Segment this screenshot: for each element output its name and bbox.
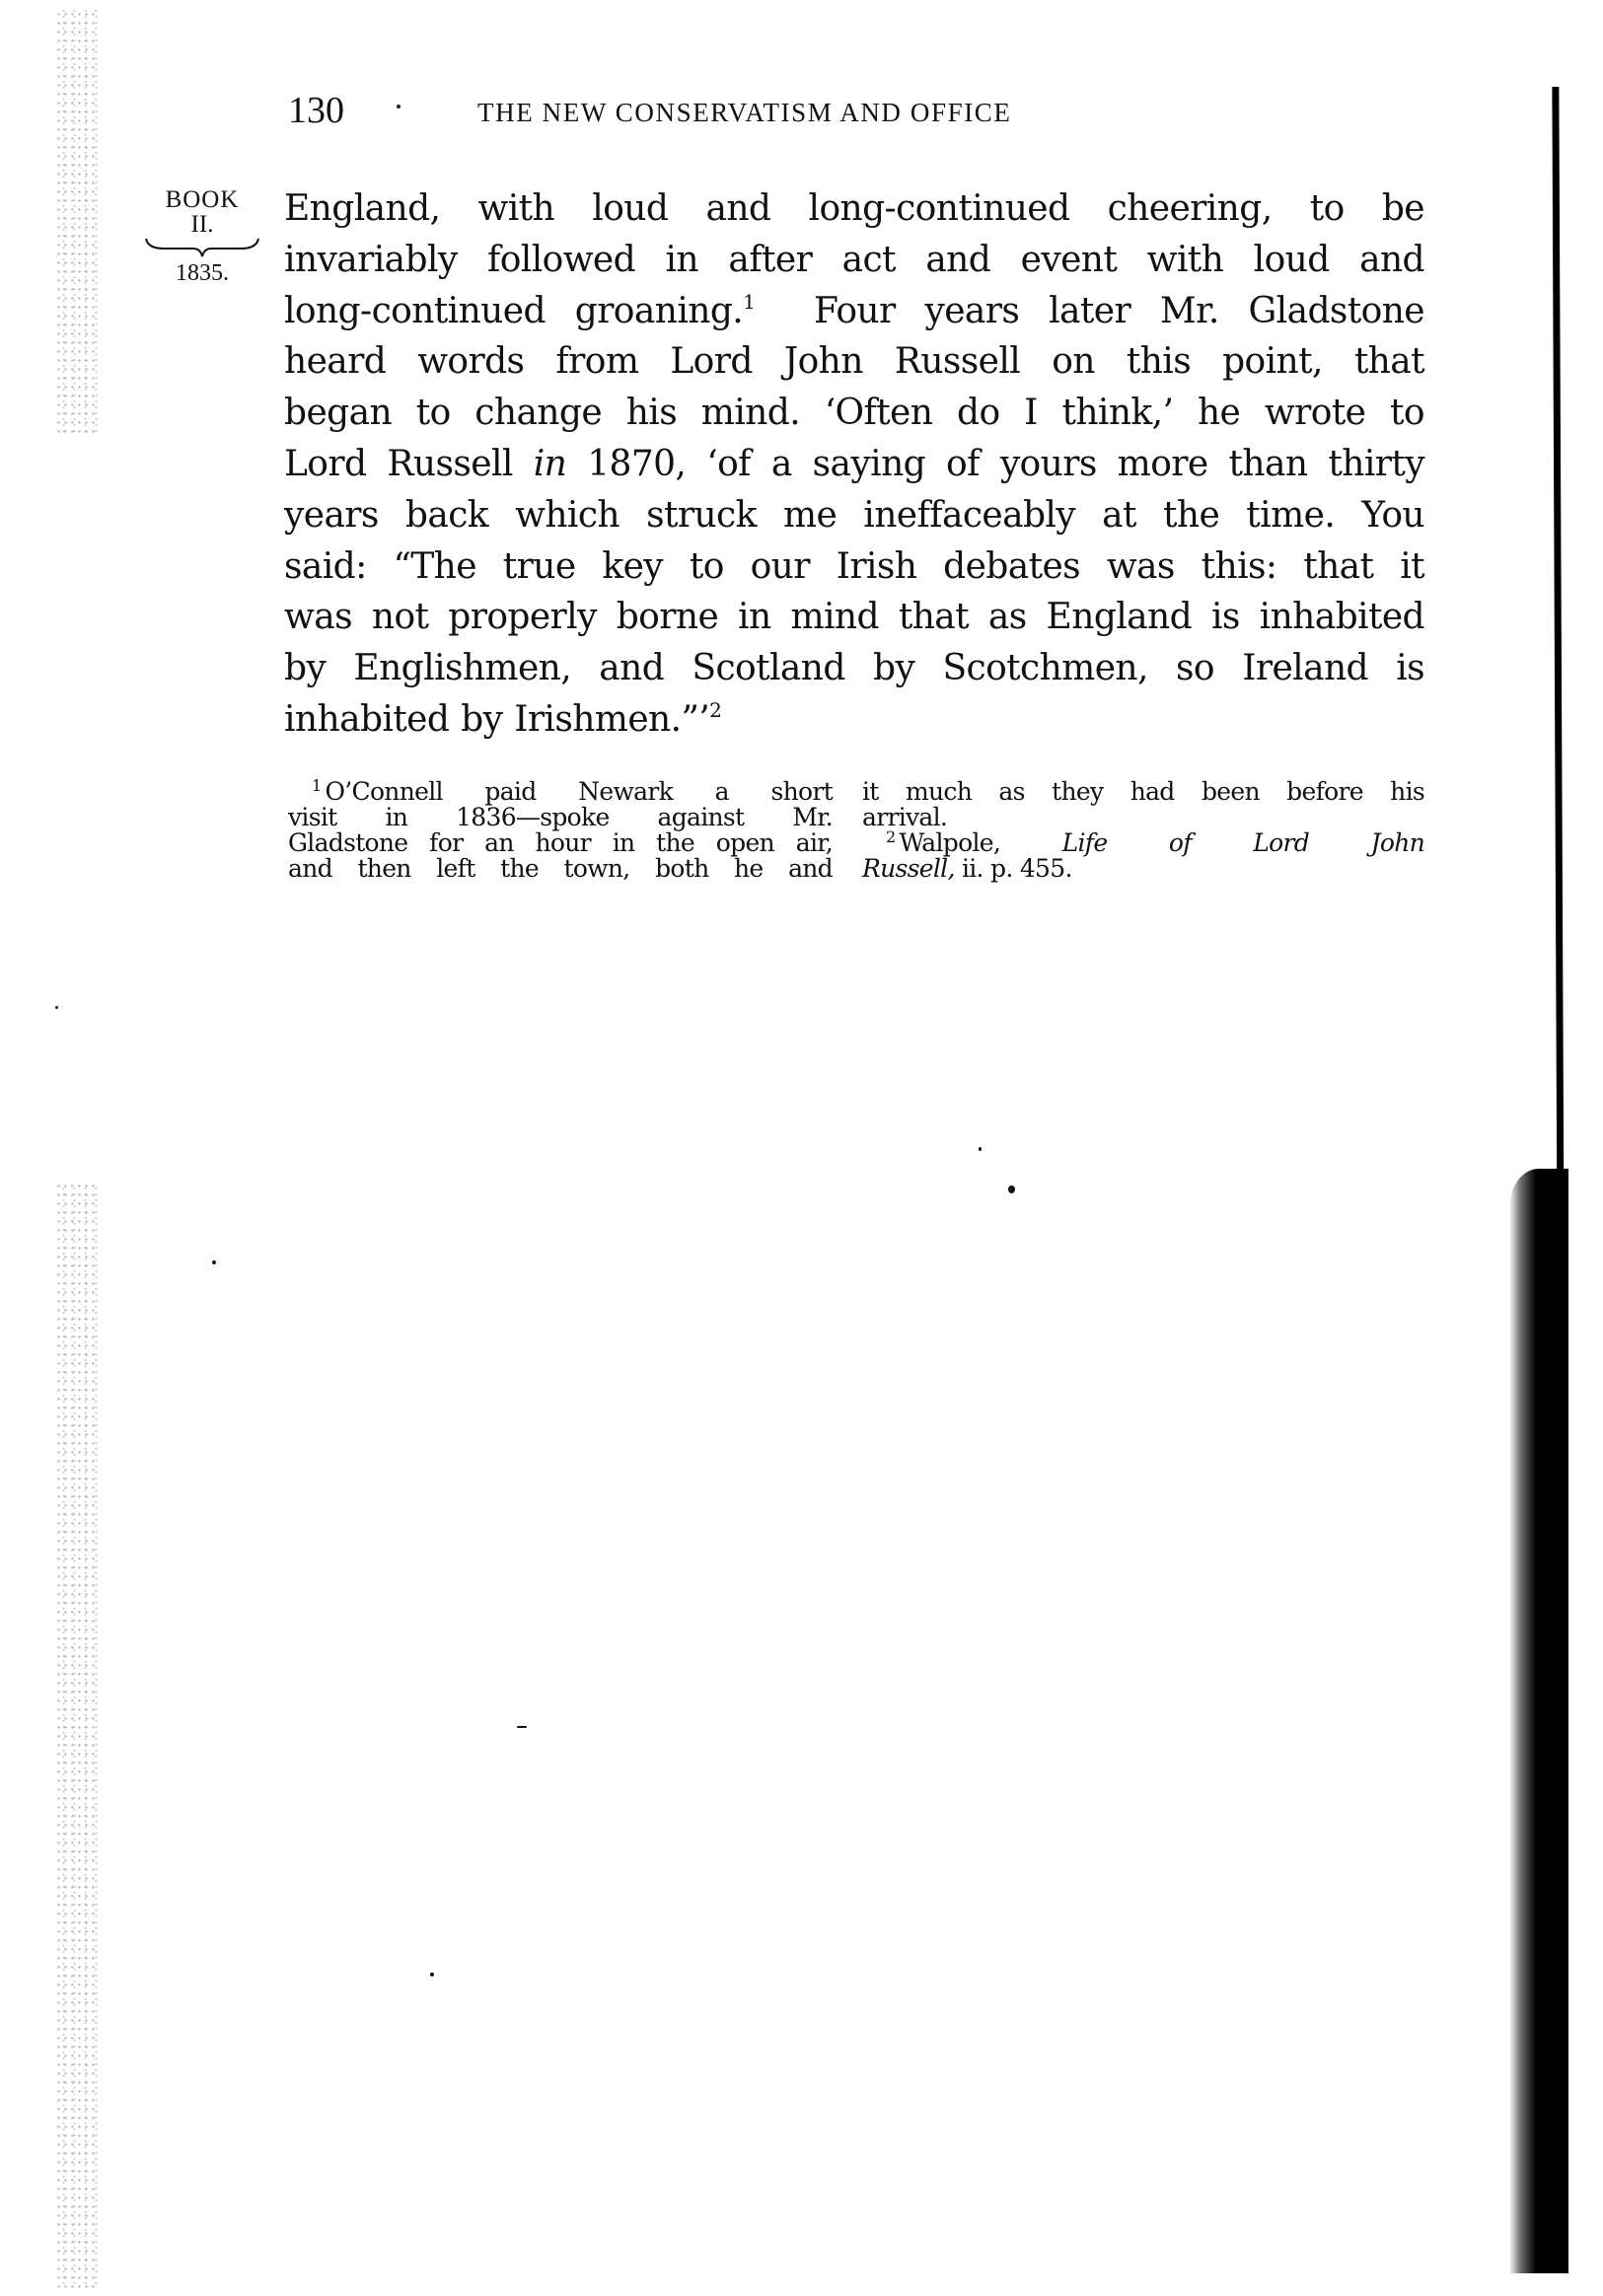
- book-page: 130 THE NEW CONSERVATISM AND OFFICE BOOK…: [0, 0, 1603, 2296]
- footnote-2-title: Life of Lord John: [1062, 828, 1424, 857]
- footnote-2-locator: ii. p. 455.: [962, 854, 1072, 883]
- body-fragment: inhabited by Irishmen.”’: [284, 699, 709, 740]
- footnote-ref-2[interactable]: 2: [709, 698, 721, 722]
- body-line: invariably followed in after act and eve…: [284, 235, 1424, 286]
- footnotes: 1O’Connell paid Newark a short visit in …: [288, 779, 1424, 907]
- footnote-2-author: Walpole,: [899, 828, 1000, 857]
- body-text: England, with loud and long-continued ch…: [284, 183, 1424, 746]
- scan-speck: [212, 1260, 216, 1264]
- scan-gutter-rule: [1552, 87, 1564, 1270]
- footnote-1-line: visit in 1836—spoke against Mr.: [288, 805, 833, 830]
- body-italic: in: [534, 444, 567, 484]
- scan-speck: [517, 1726, 527, 1728]
- footnote-1-line: arrival.: [862, 805, 1424, 830]
- footnote-2-title: Russell,: [862, 854, 955, 883]
- footnote-1-line: and then left the town, both he and: [288, 856, 833, 882]
- body-line: England, with loud and long-continued ch…: [284, 183, 1424, 235]
- body-line: heard words from Lord John Russell on th…: [284, 336, 1424, 388]
- footnote-column-right: it much as they had been before his arri…: [862, 779, 1424, 882]
- scan-speck: [1008, 1185, 1015, 1193]
- body-line: years back which struck me ineffaceably …: [284, 490, 1424, 541]
- footnote-2-line: Russell, ii. p. 455.: [862, 856, 1424, 882]
- footnote-2-line: 2Walpole, Life of Lord John: [862, 830, 1424, 856]
- body-line: long-continued groaning.1 Four years lat…: [284, 286, 1424, 337]
- footnote-1-number: 1: [312, 776, 321, 795]
- body-fragment: 1870, ‘of a saying of yours more than th…: [587, 444, 1424, 484]
- scan-speck: [979, 1147, 982, 1151]
- scan-speck: [430, 1973, 434, 1976]
- footnote-2-number: 2: [886, 827, 895, 846]
- body-line: was not properly borne in mind that as E…: [284, 592, 1424, 643]
- footnote-1-line: it much as they had been before his: [862, 779, 1424, 805]
- scan-speckle-gap: [55, 434, 99, 1184]
- body-line: inhabited by Irishmen.”’2: [284, 694, 1424, 746]
- running-head: 130 THE NEW CONSERVATISM AND OFFICE: [288, 91, 1422, 140]
- margin-note: BOOK II. 1835.: [144, 187, 260, 286]
- footnote-1-line: Gladstone for an hour in the open air,: [288, 830, 833, 856]
- stray-mark: [397, 105, 401, 108]
- scan-speck: [55, 1006, 58, 1009]
- footnote-column-left: 1O’Connell paid Newark a short visit in …: [288, 779, 833, 882]
- margin-book-label: BOOK: [144, 187, 260, 213]
- body-line: said: “The true key to our Irish debates…: [284, 541, 1424, 593]
- footnote-1-line: 1O’Connell paid Newark a short: [288, 779, 833, 805]
- running-title: THE NEW CONSERVATISM AND OFFICE: [477, 98, 1012, 127]
- margin-volume: II.: [144, 213, 260, 237]
- footnote-text: O’Connell paid Newark a short: [325, 777, 833, 806]
- body-line: began to change his mind. ‘Often do I th…: [284, 388, 1424, 439]
- scan-gutter-shadow: [1509, 1169, 1568, 2273]
- page-number: 130: [288, 91, 344, 130]
- margin-year: 1835.: [144, 260, 260, 286]
- body-fragment: long-continued groaning.: [284, 291, 743, 331]
- curly-brace-icon: [144, 237, 260, 258]
- footnote-ref-1[interactable]: 1: [743, 290, 755, 314]
- body-fragment: Four years later Mr. Gladstone: [814, 291, 1424, 331]
- body-line: by Englishmen, and Scotland by Scotchmen…: [284, 643, 1424, 694]
- body-line: Lord Russell in 1870, ‘of a saying of yo…: [284, 439, 1424, 490]
- body-fragment: Lord Russell: [284, 444, 513, 484]
